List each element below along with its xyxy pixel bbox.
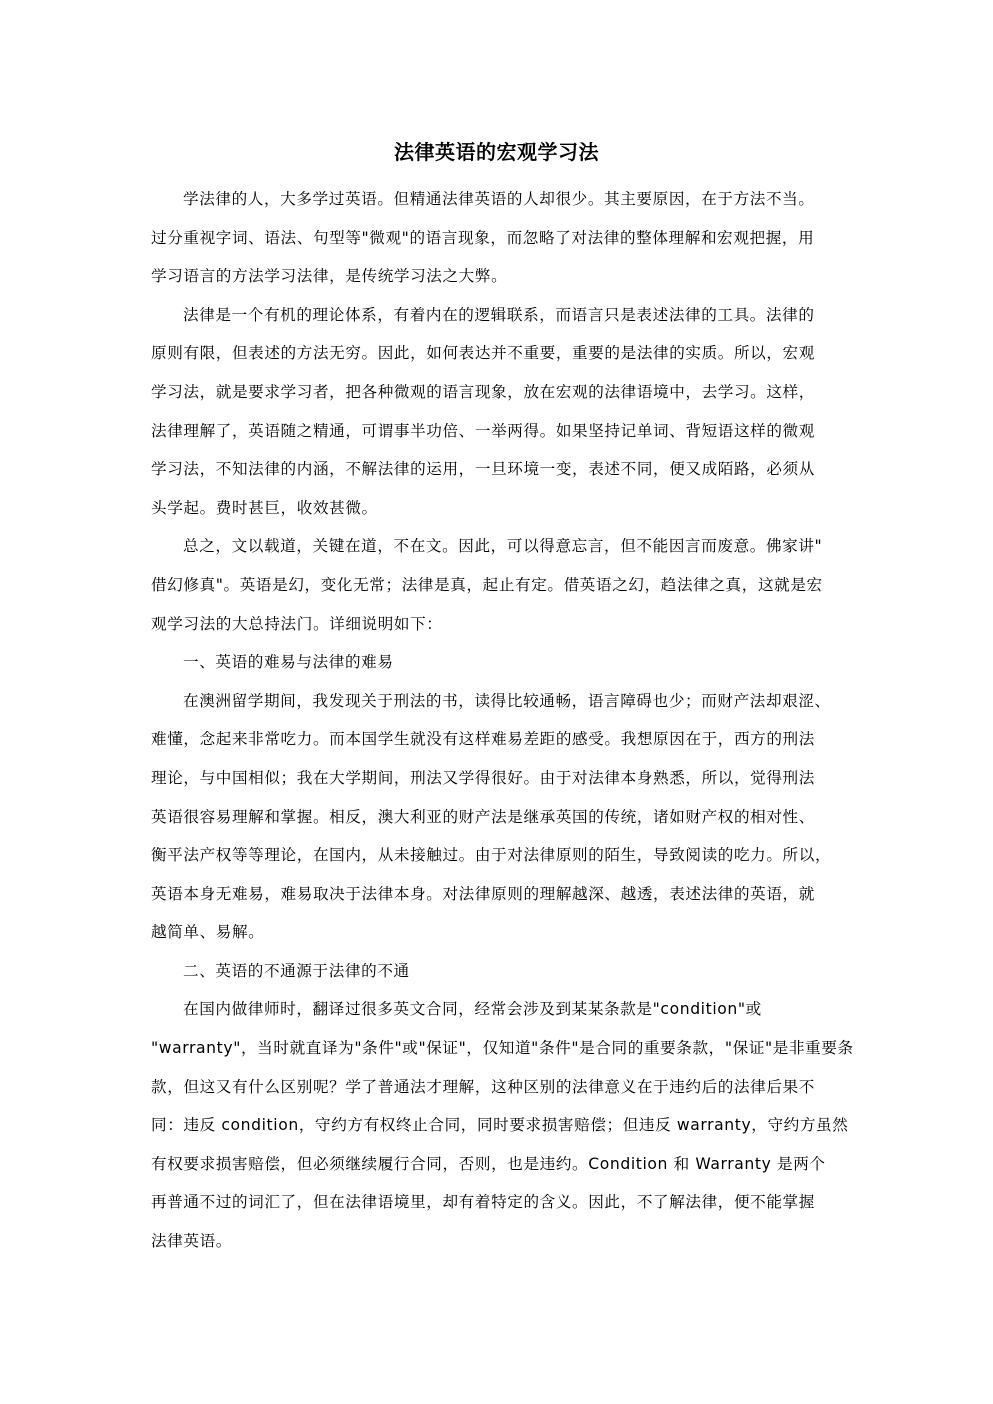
body-line: 英语本身无难易，难易取决于法律本身。对法律原则的理解越深、越透，表述法律的英语，…	[151, 875, 841, 914]
body-line: 学法律的人，大多学过英语。但精通法律英语的人却很少。其主要原因，在于方法不当。	[151, 180, 841, 219]
body-line: 在澳洲留学期间，我发现关于刑法的书，读得比较通畅，语言障碍也少；而财产法却艰涩、	[151, 682, 841, 721]
body-line: 难懂，念起来非常吃力。而本国学生就没有这样难易差距的感受。我想原因在于，西方的刑…	[151, 720, 841, 759]
body-line: 学习法，就是要求学习者，把各种微观的语言现象，放在宏观的法律语境中，去学习。这样…	[151, 373, 841, 412]
body-line: 英语很容易理解和掌握。相反，澳大利亚的财产法是继承英国的传统，诸如财产权的相对性…	[151, 798, 841, 837]
body-line: 法律是一个有机的理论体系，有着内在的逻辑联系，而语言只是表述法律的工具。法律的	[151, 296, 841, 335]
body-line: 原则有限，但表述的方法无穷。因此，如何表达并不重要，重要的是法律的实质。所以，宏…	[151, 334, 841, 373]
body-line: 款，但这又有什么区别呢？学了普通法才理解，这种区别的法律意义在于违约后的法律后果…	[151, 1068, 841, 1107]
body-line: "warranty"，当时就直译为"条件"或"保证"，仅知道"条件"是合同的重要…	[151, 1029, 841, 1068]
body-line: 法律英语。	[151, 1222, 841, 1261]
section-heading: 二、英语的不通源于法律的不通	[151, 952, 841, 991]
body-line: 法律理解了，英语随之精通，可谓事半功倍、一举两得。如果坚持记单词、背短语这样的微…	[151, 412, 841, 451]
body-line: 同：违反 condition，守约方有权终止合同，同时要求损害赔偿；但违反 wa…	[151, 1106, 841, 1145]
body-line: 头学起。费时甚巨，收效甚微。	[151, 489, 841, 528]
body-line: 理论，与中国相似；我在大学期间，刑法又学得很好。由于对法律本身熟悉，所以，觉得刑…	[151, 759, 841, 798]
body-line: 越简单、易解。	[151, 913, 841, 952]
body-line: 总之，文以载道，关键在道，不在文。因此，可以得意忘言，但不能因言而废意。佛家讲"	[151, 527, 841, 566]
body-line: 借幻修真"。英语是幻，变化无常；法律是真，起止有定。借英语之幻，趋法律之真，这就…	[151, 566, 841, 605]
document-title: 法律英语的宏观学习法	[0, 138, 993, 166]
body-line: 学习法，不知法律的内涵，不解法律的运用，一旦环境一变，表述不同，便又成陌路，必须…	[151, 450, 841, 489]
section-heading: 一、英语的难易与法律的难易	[151, 643, 841, 682]
body-line: 有权要求损害赔偿，但必须继续履行合同，否则，也是违约。Condition 和 W…	[151, 1145, 841, 1184]
body-line: 在国内做律师时，翻译过很多英文合同，经常会涉及到某某条款是"condition"…	[151, 990, 841, 1029]
document-body: 学法律的人，大多学过英语。但精通法律英语的人却很少。其主要原因，在于方法不当。 …	[151, 180, 841, 1261]
document-page: 法律英语的宏观学习法 学法律的人，大多学过英语。但精通法律英语的人却很少。其主要…	[0, 0, 993, 1404]
body-line: 观学习法的大总持法门。详细说明如下：	[151, 605, 841, 644]
body-line: 再普通不过的词汇了，但在法律语境里，却有着特定的含义。因此，不了解法律，便不能掌…	[151, 1183, 841, 1222]
body-line: 衡平法产权等等理论，在国内，从未接触过。由于对法律原则的陌生，导致阅读的吃力。所…	[151, 836, 841, 875]
body-line: 学习语言的方法学习法律，是传统学习法之大弊。	[151, 257, 841, 296]
body-line: 过分重视字词、语法、句型等"微观"的语言现象，而忽略了对法律的整体理解和宏观把握…	[151, 219, 841, 258]
